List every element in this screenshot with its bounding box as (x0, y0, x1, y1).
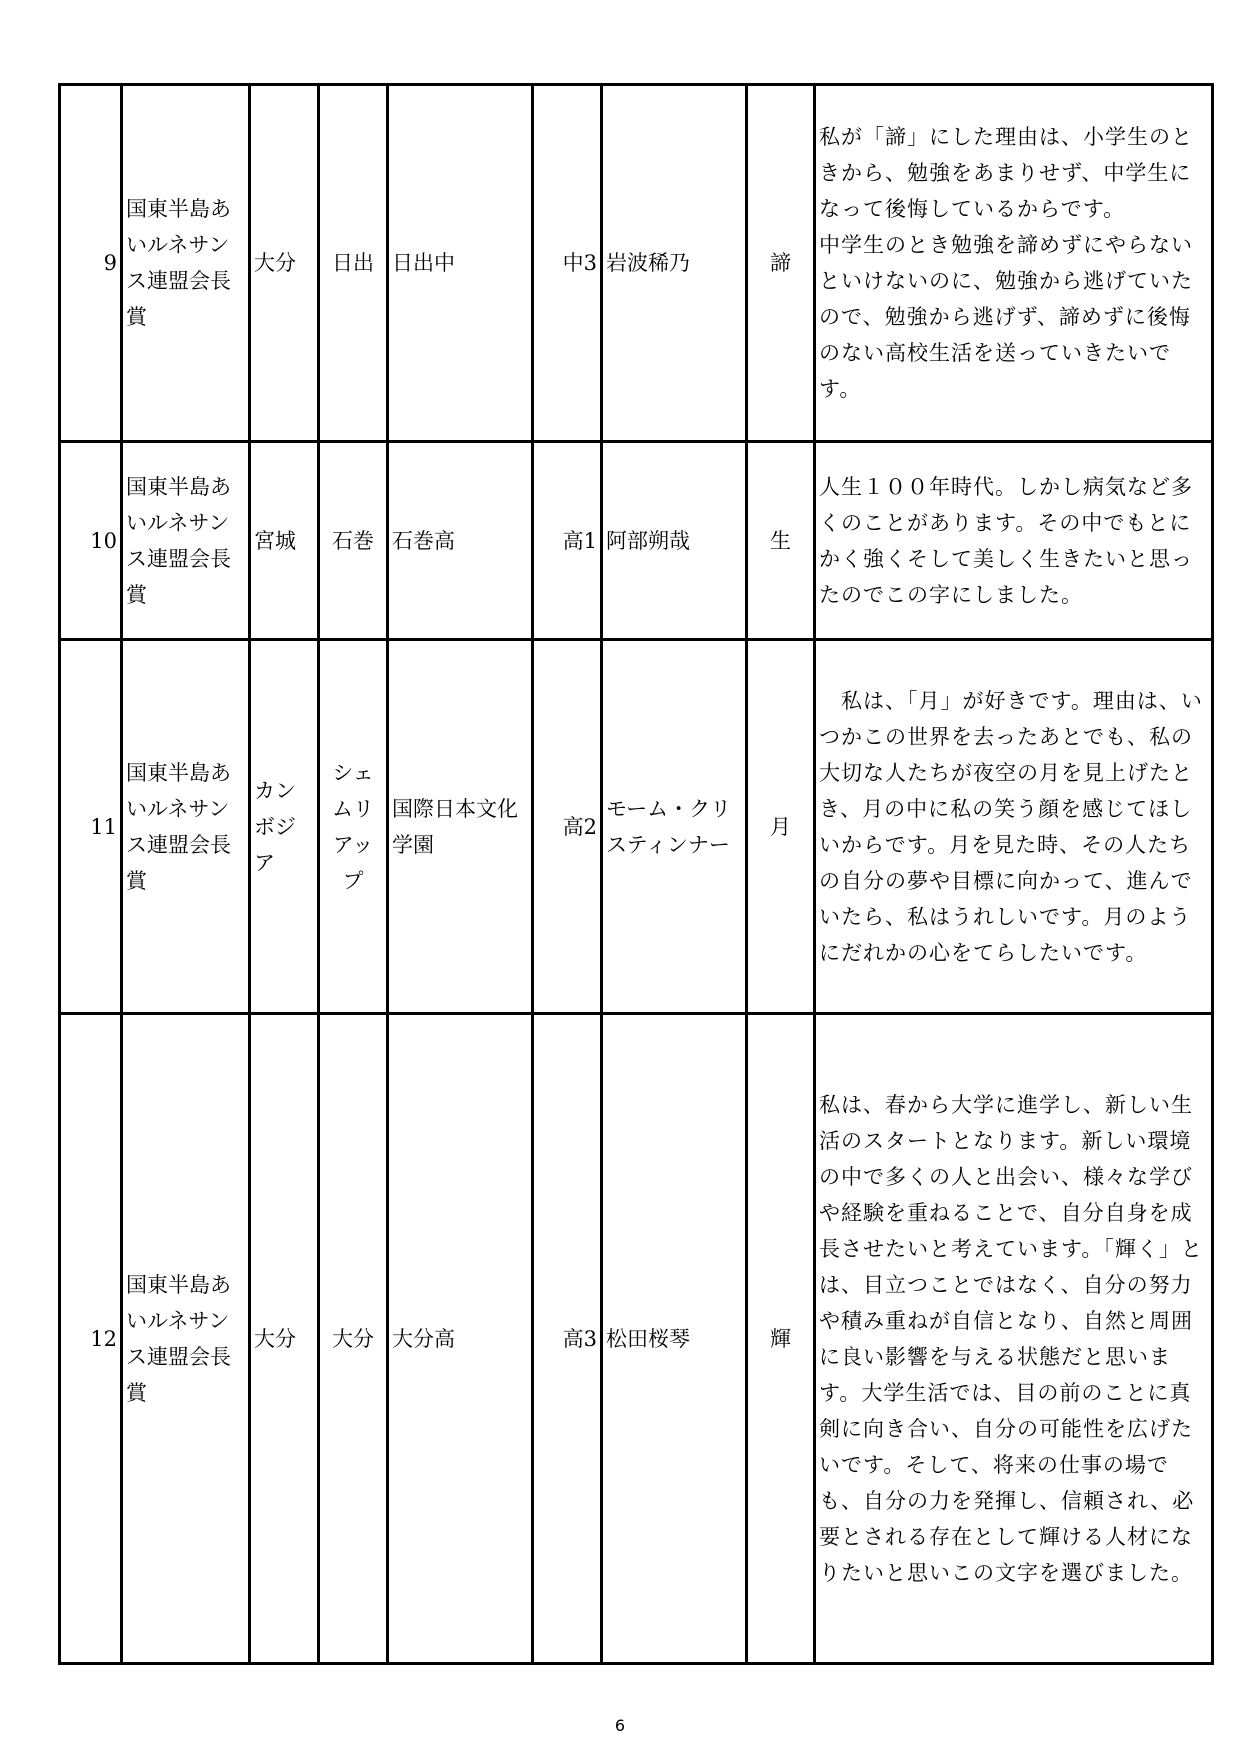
reason-text: 人生１００年時代。しかし病気など多くのことがあります。その中でもとにかく強くそし… (815, 442, 1213, 640)
entry-number: 12 (60, 1014, 122, 1664)
reason-text: 私は、「月」が好きです。理由は、いつかこの世界を去ったあとでも、私の大切な人たち… (815, 640, 1213, 1014)
student-name: 松田桜琴 (602, 1014, 747, 1664)
city: 石巻 (319, 442, 388, 640)
school: 石巻高 (388, 442, 533, 640)
city: 日出 (319, 85, 388, 442)
school: 国際日本文化学園 (388, 640, 533, 1014)
chosen-kanji: 月 (747, 640, 815, 1014)
school: 日出中 (388, 85, 533, 442)
chosen-kanji: 輝 (747, 1014, 815, 1664)
grade: 高1 (533, 442, 602, 640)
reason-text: 私が「諦」にした理由は、小学生のときから、勉強をあまりせず、中学生になって後悔し… (815, 85, 1213, 442)
prefecture: 宮城 (250, 442, 319, 640)
chosen-kanji: 諦 (747, 85, 815, 442)
award-name: 国東半島あいルネサンス連盟会長賞 (122, 85, 250, 442)
reason-text: 私は、春から大学に進学し、新しい生活のスタートとなります。新しい環境の中で多くの… (815, 1014, 1213, 1664)
school: 大分高 (388, 1014, 533, 1664)
student-name: 岩波稀乃 (602, 85, 747, 442)
awards-table: 9 国東半島あいルネサンス連盟会長賞 大分 日出 日出中 中3 岩波稀乃 諦 私… (58, 83, 1214, 1665)
award-name: 国東半島あいルネサンス連盟会長賞 (122, 640, 250, 1014)
prefecture: 大分 (250, 1014, 319, 1664)
entry-number: 10 (60, 442, 122, 640)
table-row: 10 国東半島あいルネサンス連盟会長賞 宮城 石巻 石巻高 高1 阿部朔哉 生 … (60, 442, 1213, 640)
grade: 中3 (533, 85, 602, 442)
student-name: モーム・クリスティンナー (602, 640, 747, 1014)
city: シェムリアップ (319, 640, 388, 1014)
grade: 高2 (533, 640, 602, 1014)
table-row: 12 国東半島あいルネサンス連盟会長賞 大分 大分 大分高 高3 松田桜琴 輝 … (60, 1014, 1213, 1664)
prefecture: 大分 (250, 85, 319, 442)
grade: 高3 (533, 1014, 602, 1664)
student-name: 阿部朔哉 (602, 442, 747, 640)
award-name: 国東半島あいルネサンス連盟会長賞 (122, 1014, 250, 1664)
award-name: 国東半島あいルネサンス連盟会長賞 (122, 442, 250, 640)
table-row: 11 国東半島あいルネサンス連盟会長賞 カンボジア シェムリアップ 国際日本文化… (60, 640, 1213, 1014)
table-row: 9 国東半島あいルネサンス連盟会長賞 大分 日出 日出中 中3 岩波稀乃 諦 私… (60, 85, 1213, 442)
entry-number: 9 (60, 85, 122, 442)
city: 大分 (319, 1014, 388, 1664)
entry-number: 11 (60, 640, 122, 1014)
chosen-kanji: 生 (747, 442, 815, 640)
page-number: 6 (0, 1716, 1240, 1735)
prefecture: カンボジア (250, 640, 319, 1014)
